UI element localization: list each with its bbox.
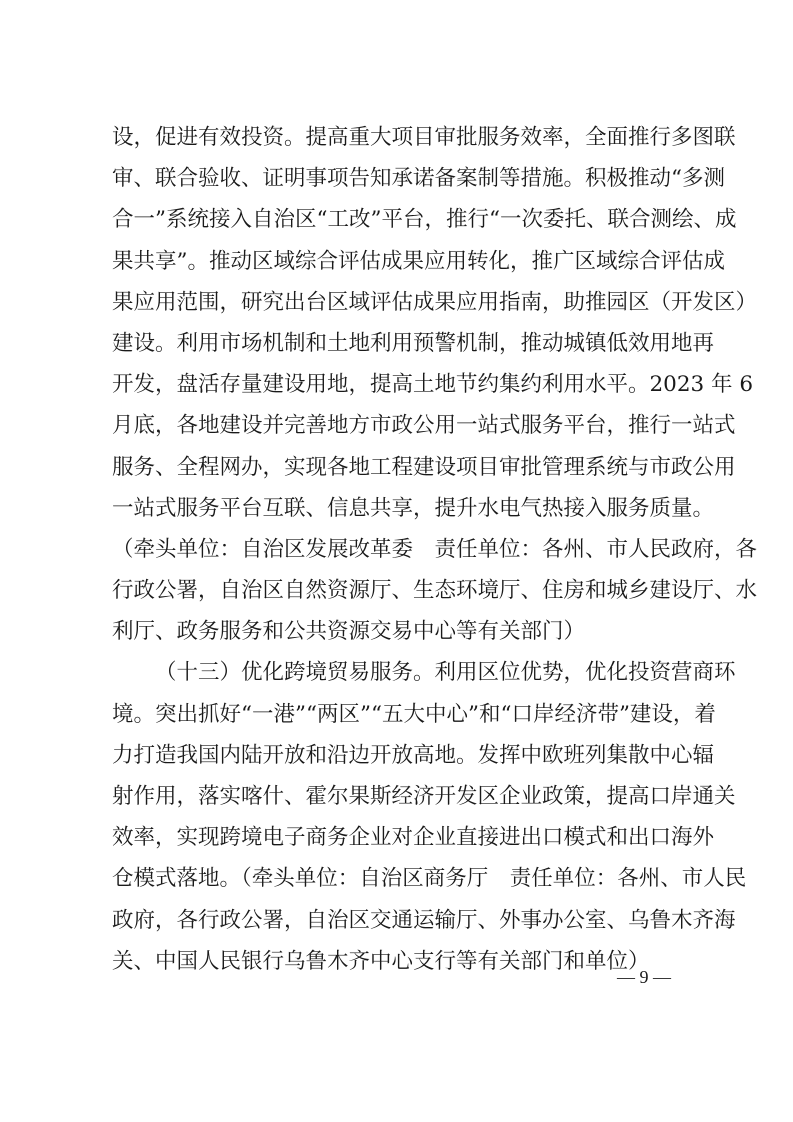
text-line: 月底，各地建设并完善地方市政公用一站式服务平台，推行一站式 [112, 405, 690, 446]
text-line: 一站式服务平台互联、信息共享，提升水电气热接入服务质量。 [112, 488, 690, 529]
section-heading-line: （十三）优化跨境贸易服务。利用区位优势，优化投资营商环 [112, 652, 690, 693]
text-line: 审、联合验收、证明事项告知承诺备案制等措施。积极推动“多测 [112, 158, 690, 199]
responsibility-line: （牵头单位：自治区发展改革委 责任单位：各州、市人民政府，各 [112, 529, 690, 570]
responsibility-line: 仓模式落地。（牵头单位：自治区商务厅 责任单位：各州、市人民 [112, 858, 690, 899]
document-page: 设，促进有效投资。提高重大项目审批服务效率，全面推行多图联 审、联合验收、证明事… [112, 117, 690, 982]
responsibility-line: 利厅、政务服务和公共资源交易中心等有关部门） [112, 611, 690, 652]
text-line: 射作用，落实喀什、霍尔果斯经济开发区企业政策，提高口岸通关 [112, 776, 690, 817]
text-line: 果应用范围，研究出台区域评估成果应用指南，助推园区（开发区） [112, 282, 690, 323]
responsibility-line: 政府，各行政公署，自治区交通运输厅、外事办公室、乌鲁木齐海 [112, 900, 690, 941]
text-line: 服务、全程网办，实现各地工程建设项目审批管理系统与市政公用 [112, 447, 690, 488]
text-line: 开发，盘活存量建设用地，提高土地节约集约利用水平。2023 年 6 [112, 364, 690, 405]
paragraph-cross-border-trade: （十三）优化跨境贸易服务。利用区位优势，优化投资营商环 境。突出抓好“一港”“两… [112, 652, 690, 982]
text-line: 效率，实现跨境电子商务企业对企业直接进出口模式和出口海外 [112, 817, 690, 858]
page-number: — 9 — [604, 962, 684, 992]
text-line: 果共享”。推动区域综合评估成果应用转化，推广区域综合评估成 [112, 241, 690, 282]
text-line: 设，促进有效投资。提高重大项目审批服务效率，全面推行多图联 [112, 117, 690, 158]
text-line: 建设。利用市场机制和土地利用预警机制，推动城镇低效用地再 [112, 323, 690, 364]
paragraph-project-approval: 设，促进有效投资。提高重大项目审批服务效率，全面推行多图联 审、联合验收、证明事… [112, 117, 690, 652]
responsibility-line: 行政公署，自治区自然资源厅、生态环境厅、住房和城乡建设厅、水 [112, 570, 690, 611]
text-line: 力打造我国内陆开放和沿边开放高地。发挥中欧班列集散中心辐 [112, 735, 690, 776]
text-line: 境。突出抓好“一港”“两区”“五大中心”和“口岸经济带”建设，着 [112, 694, 690, 735]
text-line: 合一”系统接入自治区“工改”平台，推行“一次委托、联合测绘、成 [112, 199, 690, 240]
